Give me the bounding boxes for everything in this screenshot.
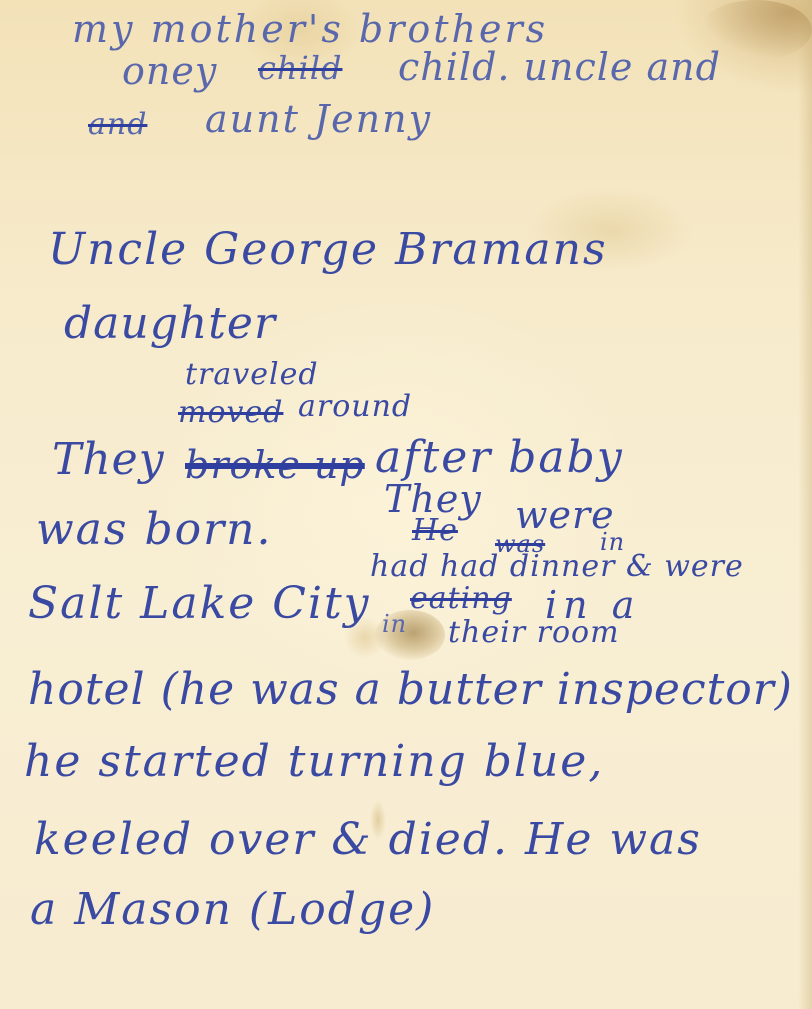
body-line-5-end: their room bbox=[448, 618, 620, 648]
insert-he-crossed: He bbox=[412, 516, 458, 546]
body-line-8: keeled over & died. He was bbox=[34, 818, 702, 862]
header-line-1: my mother's brothers bbox=[72, 10, 548, 48]
insert-had-dinner: had had dinner & were bbox=[370, 552, 744, 582]
body-line-9: a Mason (Lodge) bbox=[30, 888, 435, 932]
insert-moved-crossed: moved bbox=[178, 398, 283, 428]
body-line-4-start: was born. bbox=[36, 508, 272, 552]
header-line-2-prefix: oney bbox=[122, 52, 217, 90]
body-line-5-start: Salt Lake City bbox=[28, 582, 371, 626]
paper-edge-shading bbox=[798, 0, 812, 1009]
body-line-3-crossed: broke up bbox=[185, 446, 365, 484]
body-line-7: he started turning blue, bbox=[24, 740, 604, 784]
header-line-3-crossed: and bbox=[88, 110, 147, 140]
header-line-3-rest: aunt Jenny bbox=[205, 100, 432, 138]
header-line-2-rest: child. uncle and bbox=[398, 48, 721, 86]
body-line-6: hotel (he was a butter inspector) bbox=[28, 668, 793, 712]
body-line-5-small: in bbox=[382, 612, 407, 636]
header-line-2-crossed: child bbox=[258, 52, 342, 84]
body-line-2: daughter bbox=[64, 302, 276, 346]
body-line-3-start: They bbox=[52, 438, 165, 482]
handwritten-note-page: my mother's brothers oney child child. u… bbox=[0, 0, 812, 1009]
body-line-1: Uncle George Bramans bbox=[48, 228, 608, 272]
body-line-5-crossed: eating bbox=[410, 584, 512, 614]
insert-traveled: traveled bbox=[185, 360, 319, 390]
body-line-3-end: after baby bbox=[375, 436, 624, 480]
insert-around: around bbox=[298, 392, 412, 422]
